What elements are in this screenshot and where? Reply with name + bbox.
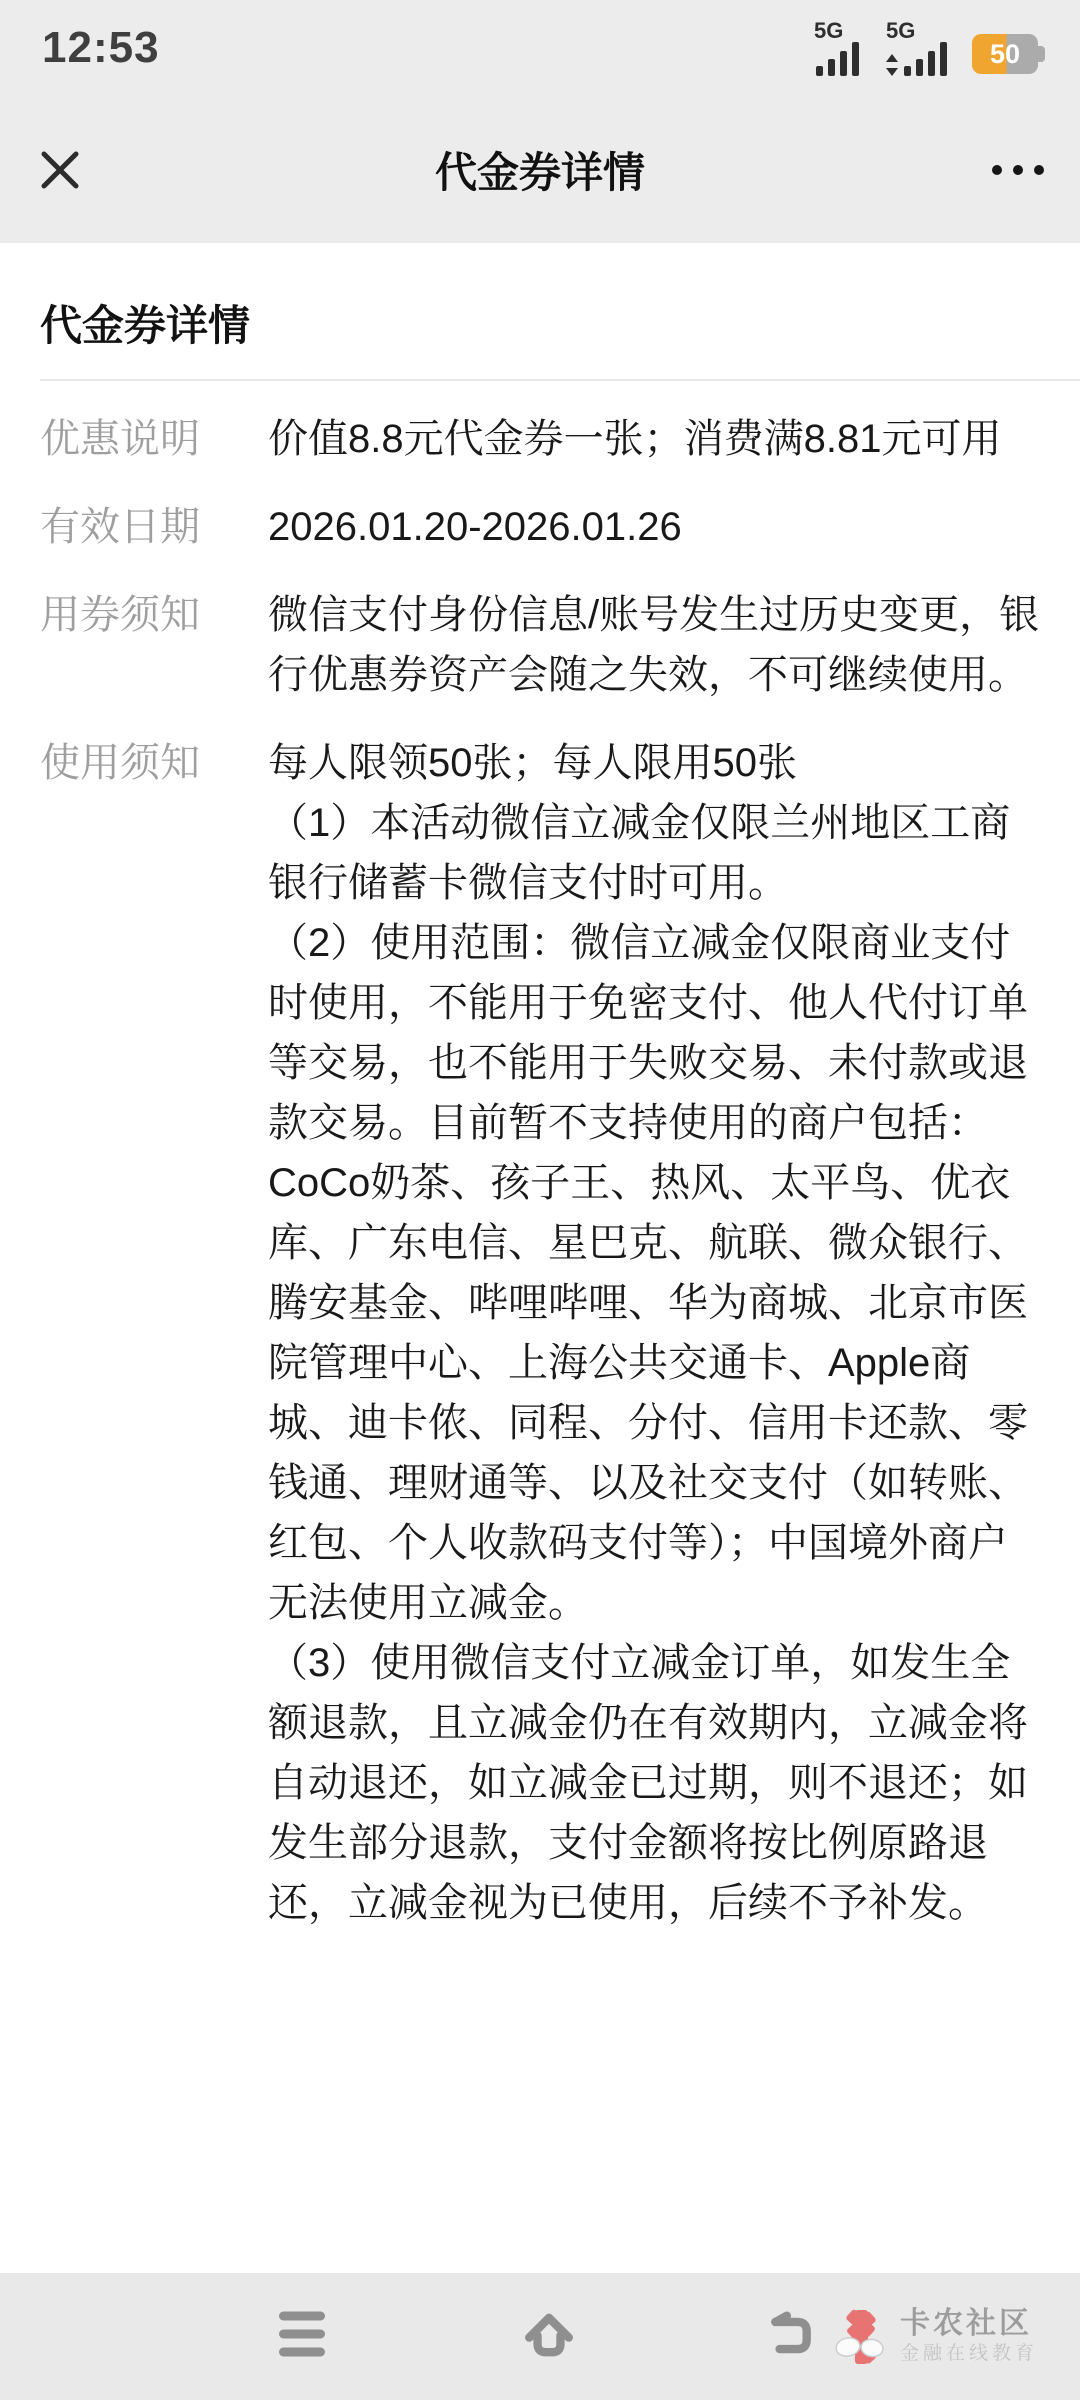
row-valid-date: 有效日期 2026.01.20-2026.01.26 <box>40 497 1040 557</box>
voucher-detail-content: 代金券详情 优惠说明 价值8.8元代金券一张；消费满8.81元可用 有效日期 2… <box>0 243 1080 1933</box>
detail-rows: 优惠说明 价值8.8元代金券一张；消费满8.81元可用 有效日期 2026.01… <box>40 409 1040 1933</box>
recents-icon <box>279 2309 325 2359</box>
row-label: 用券须知 <box>40 585 268 705</box>
row-value: 2026.01.20-2026.01.26 <box>268 497 1040 557</box>
home-icon <box>524 2310 574 2358</box>
row-value: 微信支付身份信息/账号发生过历史变更，银行优惠券资产会随之失效，不可继续使用。 <box>268 585 1040 705</box>
network-type-label: 5G <box>886 20 915 42</box>
watermark: 卡农社区 金融在线教育 <box>834 2308 1038 2366</box>
signal-strength-icon-sim2: 5G <box>884 20 952 76</box>
row-value: 每人限领50张；每人限用50张 （1）本活动微信立减金仅限兰州地区工商银行储蓄卡… <box>268 733 1040 1933</box>
row-coupon-notice: 用券须知 微信支付身份信息/账号发生过历史变更，银行优惠券资产会随之失效，不可继… <box>40 585 1040 705</box>
usage-paragraph: 每人限领50张；每人限用50张 <box>268 733 1040 793</box>
page-title: 代金券详情 <box>40 305 1040 347</box>
battery-percent-label: 50 <box>990 41 1020 68</box>
signal-strength-icon-sim1: 5G <box>812 20 864 76</box>
usage-paragraph: （2）使用范围：微信立减金仅限商业支付时使用，不能用于免密支付、他人代付订单等交… <box>268 913 1040 1633</box>
android-navigation-bar: 卡农社区 金融在线教育 <box>0 2273 1080 2400</box>
network-type-label: 5G <box>814 20 843 42</box>
row-label: 有效日期 <box>40 497 268 557</box>
status-icons: 5G 5G 50 <box>812 20 1038 76</box>
status-bar: 12:53 5G 5G <box>0 0 1080 96</box>
webview-navbar: 代金券详情 <box>0 96 1080 243</box>
navbar-title: 代金券详情 <box>0 140 1080 200</box>
divider <box>40 379 1080 381</box>
home-button[interactable] <box>524 2310 574 2363</box>
row-usage-notice: 使用须知 每人限领50张；每人限用50张 （1）本活动微信立减金仅限兰州地区工商… <box>40 733 1040 1933</box>
usage-paragraph: （3）使用微信支付立减金订单，如发生全额退款，且立减金仍在有效期内，立减金将自动… <box>268 1633 1040 1933</box>
recents-button[interactable] <box>279 2309 325 2364</box>
battery-nub <box>1038 46 1045 62</box>
row-label: 优惠说明 <box>40 409 268 469</box>
signal-bars-icon <box>812 42 864 76</box>
clock: 12:53 <box>42 23 160 73</box>
kanong-logo-icon <box>834 2308 888 2366</box>
back-button[interactable] <box>766 2311 814 2362</box>
phone-screen: 12:53 5G 5G <box>0 0 1080 2400</box>
usage-paragraph: （1）本活动微信立减金仅限兰州地区工商银行储蓄卡微信支付时可用。 <box>268 793 1040 913</box>
watermark-texts: 卡农社区 金融在线教育 <box>900 2308 1038 2366</box>
back-icon <box>766 2311 814 2357</box>
signal-bars-updown-icon <box>884 42 952 76</box>
battery-icon: 50 <box>972 34 1038 74</box>
watermark-subtitle: 金融在线教育 <box>900 2342 1038 2366</box>
row-discount-description: 优惠说明 价值8.8元代金券一张；消费满8.81元可用 <box>40 409 1040 469</box>
watermark-title: 卡农社区 <box>900 2308 1038 2340</box>
row-label: 使用须知 <box>40 733 268 1933</box>
row-value: 价值8.8元代金券一张；消费满8.81元可用 <box>268 409 1040 469</box>
